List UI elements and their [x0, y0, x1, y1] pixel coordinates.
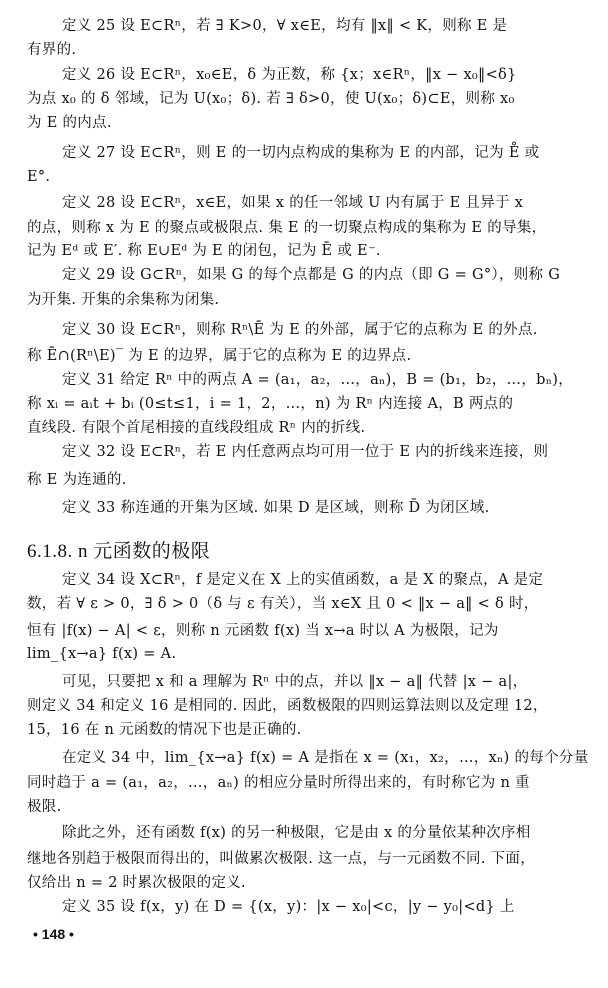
paragraph-first-line: 定义 27 设 E⊂Rⁿ，则 E 的一切内点构成的集称为 E 的内部，记为 E̊…: [62, 143, 583, 163]
paragraph-line: 则定义 34 和定义 16 是相同的. 因此，函数极限的四则运算法则以及定理 1…: [27, 696, 583, 716]
paragraph-first-line: 在定义 34 中，lim_{x→a} f(x) = A 是指在 x = (x₁，…: [62, 748, 583, 768]
paragraph-first-line: 定义 28 设 E⊂Rⁿ，x∈E，如果 x 的任一邻域 U 内有属于 E 且异于…: [62, 193, 583, 213]
paragraph-line: 记为 Eᵈ 或 E′. 称 E∪Eᵈ 为 E 的闭包，记为 Ē 或 E⁻.: [27, 241, 583, 261]
paragraph-first-line: 定义 25 设 E⊂Rⁿ，若 ∃ K>0，∀ x∈E，均有 ‖x‖ < K，则称…: [62, 16, 583, 36]
paragraph-line: 15，16 在 n 元函数的情况下也是正确的.: [27, 720, 583, 740]
paragraph-first-line: 定义 32 设 E⊂Rⁿ，若 E 内任意两点均可用一位于 E 内的折线来连接，则: [62, 442, 583, 462]
paragraph-first-line: 定义 26 设 E⊂Rⁿ，x₀∈E，δ 为正数，称 {x；x∈Rⁿ，‖x − x…: [62, 65, 583, 85]
paragraph-first-line: 可见，只要把 x 和 a 理解为 Rⁿ 中的点，并以 ‖x − a‖ 代替 |x…: [62, 672, 583, 692]
paragraph-line: 继地各别趋于极限而得出的，叫做累次极限. 这一点，与一元函数不同. 下面，: [27, 849, 583, 869]
paragraph-first-line: 定义 30 设 E⊂Rⁿ，则称 Rⁿ\Ē 为 E 的外部，属于它的点称为 E 的…: [62, 320, 583, 340]
page-number: • 148 •: [33, 926, 74, 942]
paragraph-line: 有界的.: [27, 40, 583, 60]
paragraph-line: lim_{x→a} f(x) = A.: [27, 644, 583, 664]
paragraph-first-line: 除此之外，还有函数 f(x) 的另一种极限，它是由 x 的分量依某种次序相: [62, 823, 583, 843]
paragraph-line: 称 xᵢ = aᵢt + bᵢ (0≤t≤1，i = 1，2，…，n) 为 Rⁿ…: [27, 394, 583, 414]
paragraph-line: 为点 x₀ 的 δ 邻域，记为 U(x₀；δ). 若 ∃ δ>0，使 U(x₀；…: [27, 89, 583, 109]
paragraph-line: 同时趋于 a = (a₁，a₂，…，aₙ) 的相应分量时所得出来的，有时称它为 …: [27, 773, 583, 793]
paragraph-line: 的点，则称 x 为 E 的聚点或极限点. 集 E 的一切聚点构成的集称为 E 的…: [27, 218, 583, 238]
paragraph-first-line: 定义 35 设 f(x，y) 在 D = {(x，y)：|x − x₀|<c，|…: [62, 897, 583, 917]
paragraph-first-line: 定义 31 给定 Rⁿ 中的两点 A = (a₁，a₂，…，aₙ)，B = (b…: [62, 370, 583, 390]
section-heading: 6.1.8. n 元函数的极限: [27, 536, 210, 563]
paragraph-line: 数，若 ∀ ε > 0，∃ δ > 0（δ 与 ε 有关），当 x∈X 且 0 …: [27, 594, 583, 614]
paragraph-first-line: 定义 29 设 G⊂Rⁿ，如果 G 的每个点都是 G 的内点（即 G = G°）…: [62, 265, 583, 285]
paragraph-line: 称 E 为连通的.: [27, 470, 583, 490]
paragraph-line: E°.: [27, 167, 583, 187]
paragraph-line: 为 E 的内点.: [27, 113, 583, 133]
paragraph-line: 仅给出 n = 2 时累次极限的定义.: [27, 873, 583, 893]
paragraph-first-line: 定义 33 称连通的开集为区域. 如果 D 是区域，则称 D̄ 为闭区域.: [62, 498, 583, 518]
paragraph-line: 直线段. 有限个首尾相接的直线段组成 Rⁿ 内的折线.: [27, 418, 583, 438]
paragraph-line: 称 Ē∩(Rⁿ\E)‾ 为 E 的边界，属于它的点称为 E 的边界点.: [27, 346, 583, 366]
paragraph-line: 恒有 |f(x) − A| < ε，则称 n 元函数 f(x) 当 x→a 时以…: [27, 621, 583, 641]
paragraph-line: 极限.: [27, 797, 583, 817]
paragraph-line: 为开集. 开集的余集称为闭集.: [27, 290, 583, 310]
paragraph-first-line: 定义 34 设 X⊂Rⁿ，f 是定义在 X 上的实值函数，a 是 X 的聚点，A…: [62, 570, 583, 590]
